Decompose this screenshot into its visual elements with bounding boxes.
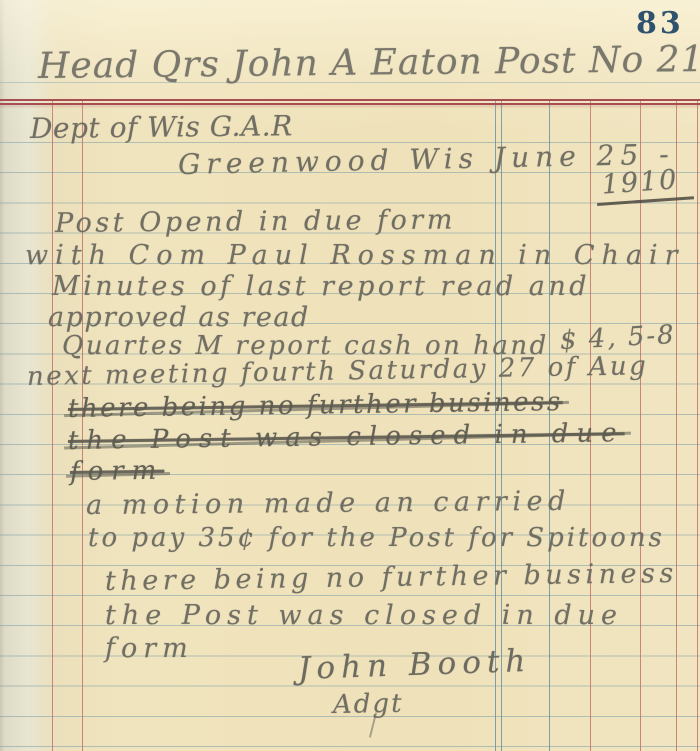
header-rule-line <box>0 103 700 105</box>
minutes-line-approved: approved as read <box>48 302 310 333</box>
motion-line-1: a motion made an carried <box>86 486 571 521</box>
money-column-line <box>697 99 698 751</box>
signature-title: Adgt <box>333 689 404 720</box>
motion-line-2: to pay 35¢ for the Post for Spitoons <box>88 523 665 553</box>
minutes-line-opened: Post Opend in due form <box>55 205 456 239</box>
heading-line: Head Qrs John A Eaton Post No 213 <box>38 39 700 87</box>
year-line: 1910 <box>595 163 694 206</box>
margin-line-left <box>52 99 53 751</box>
header-rule-line <box>0 99 700 101</box>
minutes-line-read: Minutes of last report read and <box>52 271 590 302</box>
ledger-page: 83 Head Qrs John A Eaton Post No 213 Dep… <box>0 0 700 751</box>
minutes-line-chair: with Com Paul Rossman in Chair <box>25 240 685 271</box>
struck-line-3: form <box>70 456 165 487</box>
page-number: 83 <box>636 6 684 41</box>
closing-line-3: form <box>105 633 194 664</box>
closing-line-2: the Post was closed in due <box>105 600 623 631</box>
cash-amount: $ 4, 5-8 <box>559 320 676 356</box>
dept-line: Dept of Wis G.A.R <box>30 109 293 145</box>
year-underlined: 1910 <box>595 163 694 206</box>
